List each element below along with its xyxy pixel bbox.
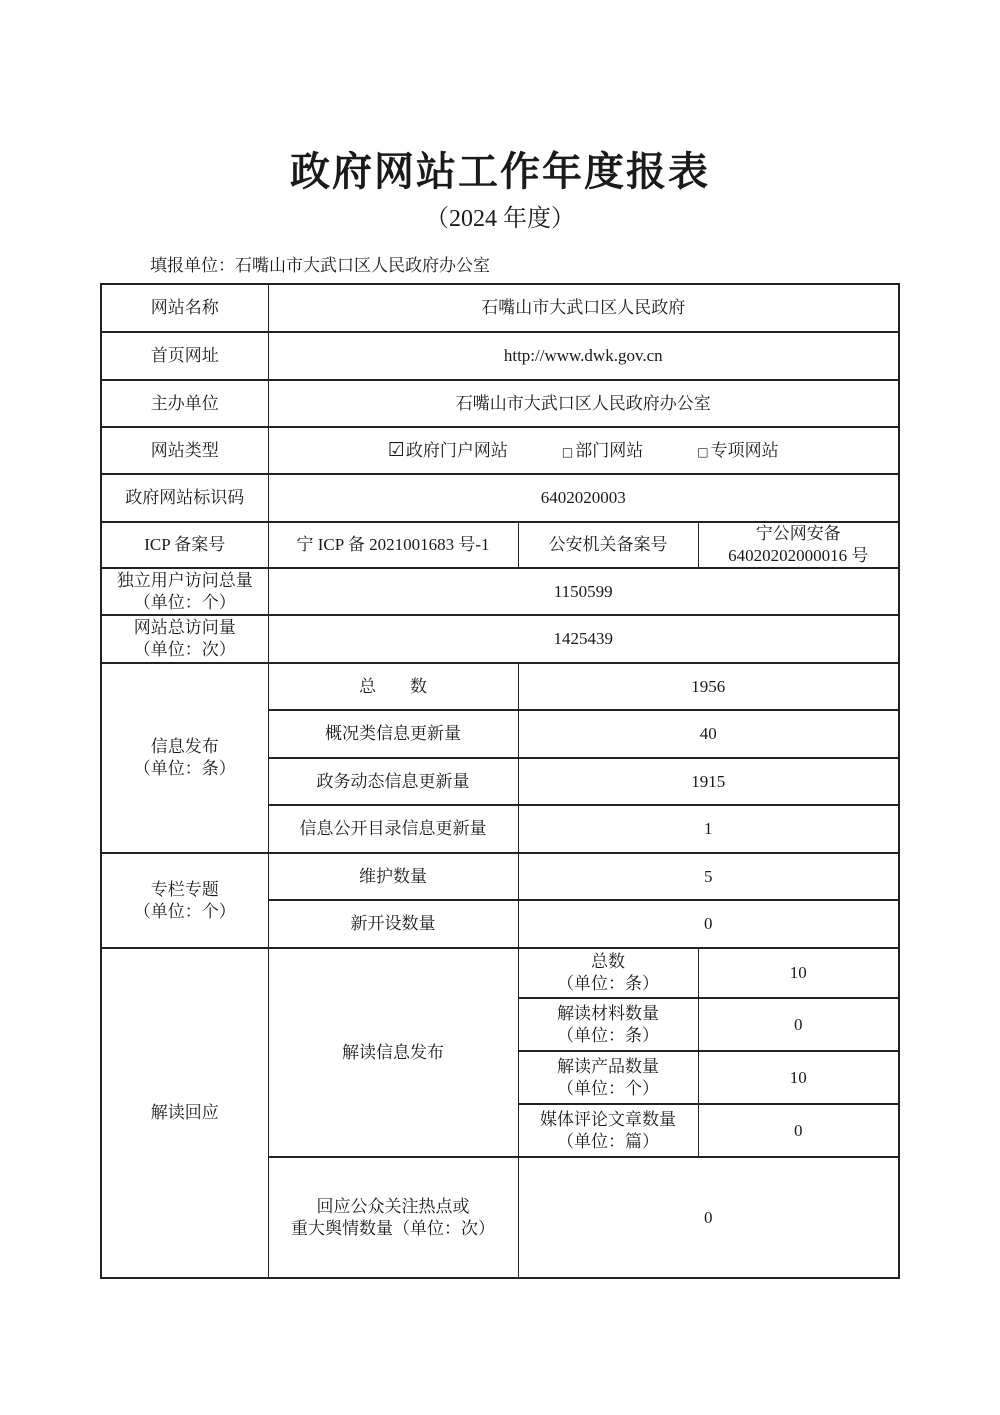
interpretation-products-label: 解读产品数量 （单位：个） [518, 1051, 698, 1104]
police-record-label: 公安机关备案号 [518, 522, 698, 568]
annual-report-table: 网站名称 石嘴山市大武口区人民政府 首页网址 http://www.dwk.go… [100, 283, 900, 1279]
option-department-site: □部门网站 [562, 440, 643, 462]
public-response-label-line2: 重大舆情数量（单位：次） [269, 1218, 518, 1240]
site-type-label: 网站类型 [101, 427, 268, 474]
info-publish-catalog-value: 1 [518, 805, 899, 853]
unique-visitors-value: 1150599 [268, 568, 899, 615]
special-topics-label-line1: 专栏专题 [102, 879, 268, 901]
special-topics-new-value: 0 [518, 900, 899, 948]
interpretation-total-label-line1: 总数 [519, 951, 698, 973]
interpretation-media-label: 媒体评论文章数量 （单位：篇） [518, 1104, 698, 1157]
row-site-code: 政府网站标识码 6402020003 [101, 474, 899, 522]
site-type-options-cell: ☑政府门户网站 □部门网站 □专项网站 [268, 427, 899, 474]
special-topics-maintained-value: 5 [518, 853, 899, 900]
interpretation-media-label-line1: 媒体评论文章数量 [519, 1109, 698, 1131]
info-publish-dynamic-value: 1915 [518, 758, 899, 805]
document-title: 政府网站工作年度报表 [0, 0, 1000, 197]
unchecked-checkbox-icon: □ [562, 446, 573, 458]
special-topics-maintained-label: 维护数量 [268, 853, 518, 900]
special-topics-label: 专栏专题 （单位：个） [101, 853, 268, 948]
interpretation-products-label-line2: （单位：个） [519, 1078, 698, 1100]
total-visits-label: 网站总访问量 （单位：次） [101, 615, 268, 663]
home-url-value: http://www.dwk.gov.cn [268, 332, 899, 380]
interpretation-publish-label: 解读信息发布 [268, 948, 518, 1157]
interpretation-total-label: 总数 （单位：条） [518, 948, 698, 998]
info-publish-label: 信息发布 （单位：条） [101, 663, 268, 853]
option-special-site: □专项网站 [697, 440, 778, 462]
public-response-value: 0 [518, 1157, 899, 1278]
info-publish-label-line1: 信息发布 [102, 736, 268, 758]
info-publish-overview-value: 40 [518, 710, 899, 758]
interpretation-label: 解读回应 [101, 948, 268, 1278]
site-type-options: ☑政府门户网站 □部门网站 □专项网站 [269, 440, 899, 462]
info-publish-label-line2: （单位：条） [102, 758, 268, 780]
document-page: 政府网站工作年度报表 （2024 年度） 填报单位：石嘴山市大武口区人民政府办公… [0, 0, 1000, 1415]
organizer-label: 主办单位 [101, 380, 268, 427]
row-total-visits: 网站总访问量 （单位：次） 1425439 [101, 615, 899, 663]
special-topics-new-label: 新开设数量 [268, 900, 518, 948]
interpretation-materials-value: 0 [698, 998, 899, 1051]
row-unique-visitors: 独立用户访问总量 （单位：个） 1150599 [101, 568, 899, 615]
special-topics-label-line2: （单位：个） [102, 901, 268, 923]
unique-visitors-label: 独立用户访问总量 （单位：个） [101, 568, 268, 615]
icp-label: ICP 备案号 [101, 522, 268, 568]
info-publish-overview-label: 概况类信息更新量 [268, 710, 518, 758]
total-visits-value: 1425439 [268, 615, 899, 663]
site-code-label: 政府网站标识码 [101, 474, 268, 522]
row-icp: ICP 备案号 宁 ICP 备 2021001683 号-1 公安机关备案号 宁… [101, 522, 899, 568]
icp-value: 宁 ICP 备 2021001683 号-1 [268, 522, 518, 568]
unique-visitors-label-line1: 独立用户访问总量 [102, 570, 268, 592]
total-visits-label-line2: （单位：次） [102, 639, 268, 661]
row-info-publish-total: 信息发布 （单位：条） 总 数 1956 [101, 663, 899, 710]
info-publish-catalog-label: 信息公开目录信息更新量 [268, 805, 518, 853]
organizer-value: 石嘴山市大武口区人民政府办公室 [268, 380, 899, 427]
site-name-label: 网站名称 [101, 284, 268, 332]
interpretation-materials-label-line2: （单位：条） [519, 1025, 698, 1047]
option-portal-site-label: 政府门户网站 [406, 440, 508, 462]
police-record-value: 宁公网安备 64020202000016 号 [698, 522, 899, 568]
police-record-value-line2: 64020202000016 号 [699, 545, 899, 567]
interpretation-materials-label: 解读材料数量 （单位：条） [518, 998, 698, 1051]
row-home-url: 首页网址 http://www.dwk.gov.cn [101, 332, 899, 380]
public-response-label: 回应公众关注热点或 重大舆情数量（单位：次） [268, 1157, 518, 1278]
site-name-value: 石嘴山市大武口区人民政府 [268, 284, 899, 332]
unchecked-checkbox-icon: □ [697, 446, 708, 458]
police-record-value-line1: 宁公网安备 [699, 523, 899, 545]
info-publish-dynamic-label: 政务动态信息更新量 [268, 758, 518, 805]
reporting-unit-line: 填报单位：石嘴山市大武口区人民政府办公室 [150, 256, 1000, 276]
interpretation-media-label-line2: （单位：篇） [519, 1131, 698, 1153]
option-special-site-label: 专项网站 [711, 440, 779, 462]
option-department-site-label: 部门网站 [575, 440, 643, 462]
row-organizer: 主办单位 石嘴山市大武口区人民政府办公室 [101, 380, 899, 427]
checked-checkbox-icon: ☑ [388, 441, 405, 460]
row-site-type: 网站类型 ☑政府门户网站 □部门网站 □专项网站 [101, 427, 899, 474]
row-interpretation-total: 解读回应 解读信息发布 总数 （单位：条） 10 [101, 948, 899, 998]
option-portal-site: ☑政府门户网站 [388, 440, 508, 462]
document-subtitle: （2024 年度） [0, 203, 1000, 235]
interpretation-total-value: 10 [698, 948, 899, 998]
row-special-topics-maintained: 专栏专题 （单位：个） 维护数量 5 [101, 853, 899, 900]
interpretation-media-value: 0 [698, 1104, 899, 1157]
info-publish-total-label: 总 数 [268, 663, 518, 710]
home-url-label: 首页网址 [101, 332, 268, 380]
info-publish-total-value: 1956 [518, 663, 899, 710]
row-site-name: 网站名称 石嘴山市大武口区人民政府 [101, 284, 899, 332]
interpretation-total-label-line2: （单位：条） [519, 973, 698, 995]
unique-visitors-label-line2: （单位：个） [102, 592, 268, 614]
site-code-value: 6402020003 [268, 474, 899, 522]
public-response-label-line1: 回应公众关注热点或 [269, 1196, 518, 1218]
total-visits-label-line1: 网站总访问量 [102, 617, 268, 639]
interpretation-products-label-line1: 解读产品数量 [519, 1056, 698, 1078]
interpretation-products-value: 10 [698, 1051, 899, 1104]
interpretation-materials-label-line1: 解读材料数量 [519, 1003, 698, 1025]
